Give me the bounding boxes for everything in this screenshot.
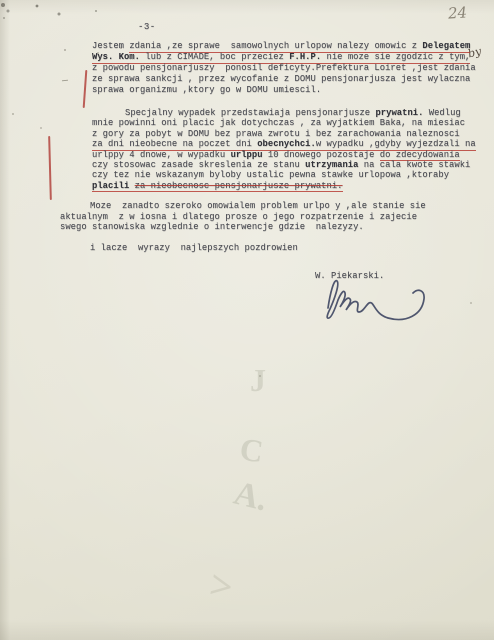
text-line: mnie powinni oni placic jak dotychczas ,… [92,118,476,128]
watermark-chevron: > [206,560,237,610]
handwritten-page-number: 24 [447,3,467,22]
text-segment: 10 dnowego pozostaje [263,150,380,160]
text-segment: Specjalny wypadek przedstawiaja pensjona… [125,108,375,118]
text-segment: czy tez nie wskazanym byloby ustalic pew… [92,170,449,180]
text-segment: utrzymania [305,160,358,170]
document-page: J C A. > -3- 24 by Jestem zdania ,ze spr… [0,0,494,640]
text-segment: Moze zanadto szeroko omowialem problem u… [90,201,426,211]
text-line: aktualnym z w iosna i dlatego prosze o j… [60,212,426,223]
text-segment: Wys. Kom. [92,52,140,64]
text-segment: lub z CIMADE, boc przeciez [140,52,289,64]
text-segment: sprawa organizmu ,ktory go w DOMU umiesc… [92,85,321,95]
text-segment: ze sprawa sankcji , przez wycofanie z DO… [92,74,470,84]
red-margin-line [48,136,52,200]
text-line: z powodu pensjonarjuszy ponosil deficyty… [92,63,476,74]
text-segment: urlppy 4 dnowe, w wypadku [92,150,231,160]
paragraph: Specjalny wypadek przedstawiaja pensjona… [92,108,476,191]
text-line: ze sprawa sankcji , przez wycofanie z DO… [92,74,476,85]
pencil-dash-mark [62,80,68,82]
watermark-letter: A. [230,475,271,520]
ink-specks [0,0,2,2]
watermark-letter: J [250,362,266,399]
text-segment: aktualnym z w iosna i dlatego prosze o j… [60,212,417,222]
text-line: Moze zanadto szeroko omowialem problem u… [60,201,426,212]
text-segment: urlppu [231,150,263,160]
text-segment: Delegatem [422,41,470,53]
text-line: swego stanowiska wzglednie o interwencje… [60,222,426,233]
text-line: placili za nieobecnosc pensjonarjusze pr… [92,181,476,191]
text-line: Jestem zdania ,ze sprawe samowolnych url… [92,41,476,52]
text-segment: F.H.P. [289,52,321,64]
red-margin-line [83,70,88,108]
text-line: sprawa organizmu ,ktory go w DOMU umiesc… [92,85,476,96]
text-line: Specjalny wypadek przedstawiaja pensjona… [92,108,476,118]
page-number: -3- [138,22,156,32]
text-segment [129,181,134,193]
text-segment: Wedlug [423,108,460,118]
text-line: z gory za pobyt w DOMU bez prawa zwrotu … [92,129,476,139]
text-segment: prywatni. [375,108,423,118]
text-segment: swego stanowiska wzglednie o interwencje… [60,222,364,232]
text-segment: z gory za pobyt w DOMU bez prawa zwrotu … [92,129,460,139]
text-line: urlppy 4 dnowe, w wypadku urlppu 10 dnow… [92,150,476,160]
text-segment: Jestem [92,41,129,51]
text-line: czy stosowac zasade skreslenia ze stanu … [92,160,476,170]
text-segment: na cala kwote stawki [358,160,470,170]
text-line: Wys. Kom. lub z CIMADE, boc przeciez F.H… [92,52,476,63]
paragraph: Jestem zdania ,ze sprawe samowolnych url… [92,41,476,96]
paragraph: Moze zanadto szeroko omowialem problem u… [60,201,426,233]
text-line: za dni nieobecne na poczet dni obecnychc… [92,139,476,149]
text-segment: z powodu pensjonarjuszy ponosil deficyty… [92,63,476,73]
watermark-letter: C [238,431,266,471]
text-line: czy tez nie wskazanym byloby ustalic pew… [92,170,476,180]
text-segment: nie moze sie zgodzic z tym, [321,52,470,64]
text-segment: czy stosowac zasade skreslenia ze stanu [92,160,305,170]
text-segment: mnie powinni oni placic jak dotychczas ,… [92,118,465,128]
text-segment: placili [92,181,129,193]
text-segment: za nieobecnosc pensjonarjusze prywatni. [135,181,343,193]
closing-line: i lacze wyrazy najlepszych pozdrowien [90,243,298,253]
signature-scribble [314,274,446,326]
text-segment: zdania ,ze sprawe samowolnych urlopow na… [129,41,422,53]
